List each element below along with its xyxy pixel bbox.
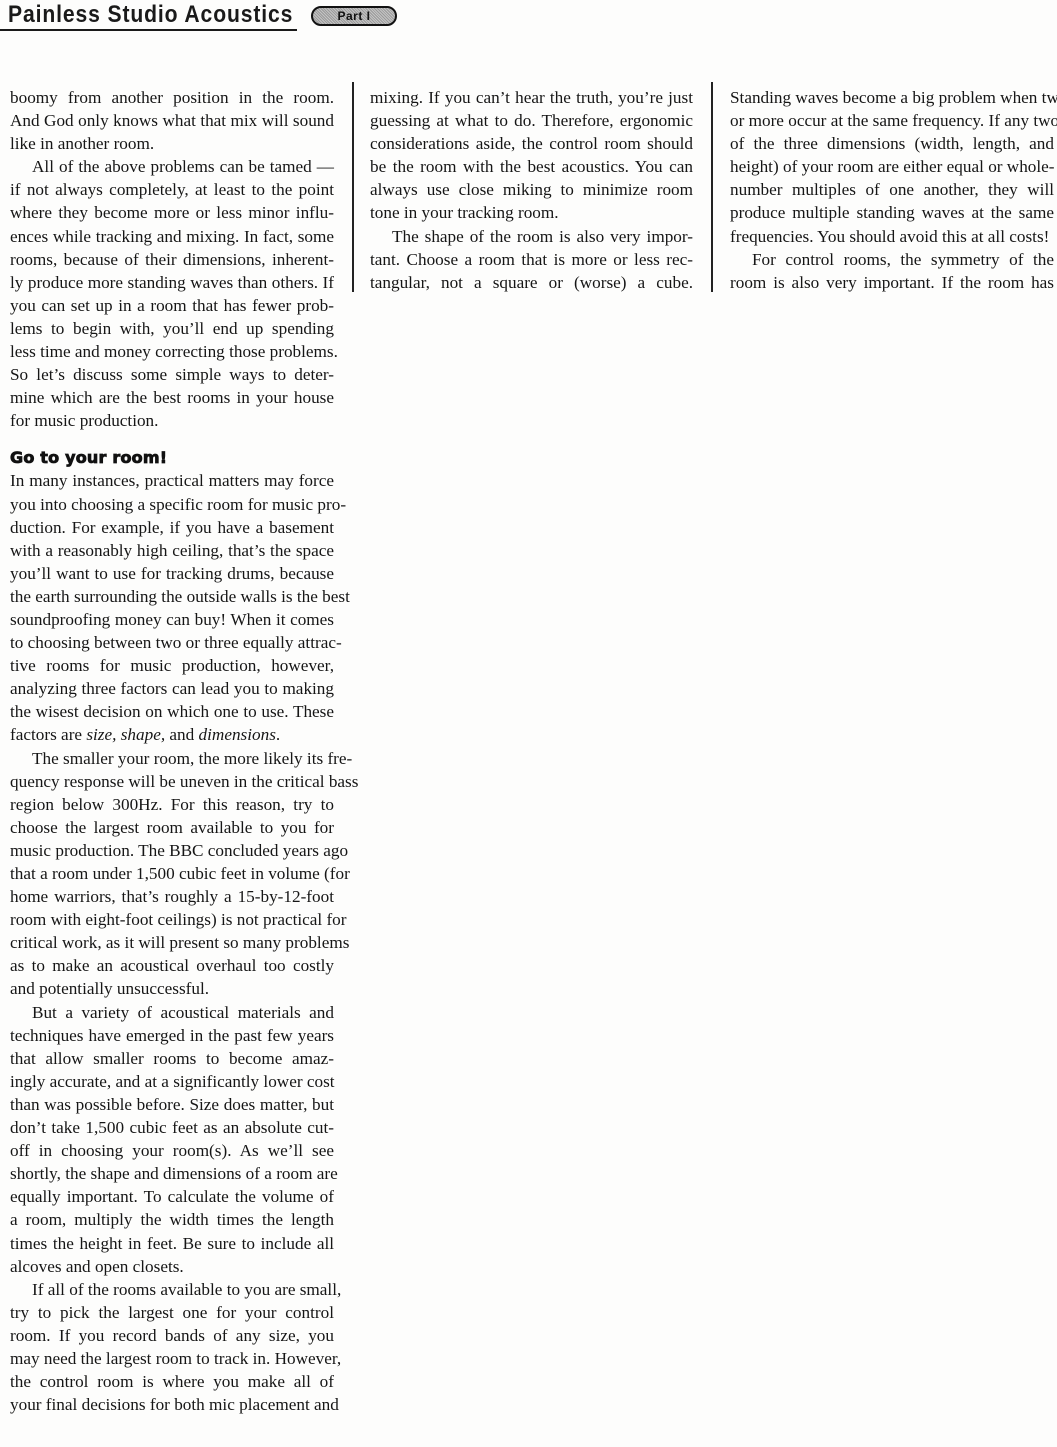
- text-line: room. If you record bands of any size, y…: [10, 1324, 334, 1347]
- text-line: and potentially unsuccessful.: [10, 977, 334, 1000]
- text-line: as to make an acoustical overhaul too co…: [10, 954, 334, 977]
- text-line: that a room under 1,500 cubic feet in vo…: [10, 862, 334, 885]
- text-line: may need the largest room to track in. H…: [10, 1347, 334, 1370]
- text-line: less time and money correcting those pro…: [10, 340, 334, 363]
- text-line: where they become more or less minor inf…: [10, 201, 334, 224]
- text-line: your final decisions for both mic placem…: [10, 1393, 334, 1416]
- paragraph: The smaller your room, the more likely i…: [10, 747, 334, 1001]
- text-column-3: Standing waves become a big problem when…: [730, 86, 1054, 294]
- text-line: times the height in feet. Be sure to inc…: [10, 1232, 334, 1255]
- text-line: the earth surrounding the outside walls …: [10, 585, 334, 608]
- text-line: the wisest decision on which one to use.…: [10, 700, 334, 723]
- text-line: In many instances, practical matters may…: [10, 469, 334, 492]
- text-line: frequencies. You should avoid this at al…: [730, 225, 1054, 248]
- page-header: Painless Studio Acoustics Part I: [0, 0, 420, 36]
- text-line: room with eight-foot ceilings) is not pr…: [10, 908, 334, 931]
- text-line: than was possible before. Size does matt…: [10, 1093, 334, 1116]
- text-line: alcoves and open closets.: [10, 1255, 334, 1278]
- paragraph: Standing waves become a big problem when…: [730, 86, 1054, 248]
- paragraph: All of the above problems can be tamed —…: [10, 155, 334, 432]
- text-line: So let’s discuss some simple ways to det…: [10, 363, 334, 386]
- text-span: .: [276, 725, 280, 744]
- paragraph: But a variety of acoustical materials an…: [10, 1001, 334, 1278]
- text-line: rooms, because of their dimensions, inhe…: [10, 248, 334, 271]
- text-line: don’t take 1,500 cubic feet as an absolu…: [10, 1116, 334, 1139]
- text-line: height) of your room are either equal or…: [730, 155, 1054, 178]
- text-line: quency response will be uneven in the cr…: [10, 770, 334, 793]
- text-line: ences while tracking and mixing. In fact…: [10, 225, 334, 248]
- text-line: lems to begin with, you’ll end up spendi…: [10, 317, 334, 340]
- emphasis-dimensions: dimensions: [199, 725, 276, 744]
- paragraph: mixing. If you can’t hear the truth, you…: [370, 86, 693, 225]
- text-line: For control rooms, the symmetry of the: [730, 248, 1054, 271]
- text-line: you can set up in a room that has fewer …: [10, 294, 334, 317]
- text-line: always use close miking to minimize room: [370, 178, 693, 201]
- text-line: mine which are the best rooms in your ho…: [10, 386, 334, 409]
- text-span: and: [165, 725, 198, 744]
- text-line: boomy from another position in the room.: [10, 86, 334, 109]
- text-line: choose the largest room available to you…: [10, 816, 334, 839]
- text-line: a room, multiply the width times the len…: [10, 1208, 334, 1231]
- text-line: room is also very important. If the room…: [730, 271, 1054, 294]
- text-line: All of the above problems can be tamed —: [10, 155, 334, 178]
- text-column-2: mixing. If you can’t hear the truth, you…: [370, 86, 693, 294]
- paragraph: In many instances, practical matters may…: [10, 469, 334, 746]
- text-line: of the three dimensions (width, length, …: [730, 132, 1054, 155]
- paragraph: For control rooms, the symmetry of the r…: [730, 248, 1054, 294]
- text-line: with a reasonably high ceiling, that’s t…: [10, 539, 334, 562]
- running-title: Painless Studio Acoustics: [8, 1, 293, 29]
- text-line: The smaller your room, the more likely i…: [10, 747, 334, 770]
- text-line: home warriors, that’s roughly a 15-by-12…: [10, 885, 334, 908]
- text-line: If all of the rooms available to you are…: [10, 1278, 334, 1301]
- title-underline: [0, 29, 297, 31]
- text-line: And God only knows what that mix will so…: [10, 109, 334, 132]
- text-line: Standing waves become a big problem when…: [730, 86, 1054, 109]
- text-line: equally important. To calculate the volu…: [10, 1185, 334, 1208]
- text-line: off in choosing your room(s). As we’ll s…: [10, 1139, 334, 1162]
- text-span: factors are: [10, 725, 86, 744]
- emphasis-size: size,: [86, 725, 116, 744]
- paragraph: If all of the rooms available to you are…: [10, 1278, 334, 1417]
- text-line: tant. Choose a room that is more or less…: [370, 248, 693, 271]
- text-line: soundproofing money can buy! When it com…: [10, 608, 334, 631]
- text-line: factors are size, shape, and dimensions.: [10, 723, 334, 746]
- section-heading: Go to your room!: [10, 446, 334, 469]
- text-line: critical work, as it will present so man…: [10, 931, 334, 954]
- text-line: you into choosing a specific room for mu…: [10, 493, 334, 516]
- text-line: for music production.: [10, 409, 334, 432]
- column-divider: [352, 82, 354, 292]
- text-line: tangular, not a square or (worse) a cube…: [370, 271, 693, 294]
- part-badge: Part I: [311, 6, 397, 26]
- text-line: the control room is where you make all o…: [10, 1370, 334, 1393]
- text-line: considerations aside, the control room s…: [370, 132, 693, 155]
- paragraph: The shape of the room is also very impor…: [370, 225, 693, 294]
- column-divider: [711, 82, 713, 292]
- text-line: ingly accurate, and at a significantly l…: [10, 1070, 334, 1093]
- text-line: try to pick the largest one for your con…: [10, 1301, 334, 1324]
- text-line: techniques have emerged in the past few …: [10, 1024, 334, 1047]
- text-line: be the room with the best acoustics. You…: [370, 155, 693, 178]
- paragraph: boomy from another position in the room.…: [10, 86, 334, 155]
- text-line: mixing. If you can’t hear the truth, you…: [370, 86, 693, 109]
- text-line: guessing at what to do. Therefore, ergon…: [370, 109, 693, 132]
- text-line: analyzing three factors can lead you to …: [10, 677, 334, 700]
- text-line: The shape of the room is also very impor…: [370, 225, 693, 248]
- text-line: produce multiple standing waves at the s…: [730, 201, 1054, 224]
- text-line: you’ll want to use for tracking drums, b…: [10, 562, 334, 585]
- text-line: tone in your tracking room.: [370, 201, 693, 224]
- text-line: or more occur at the same frequency. If …: [730, 109, 1054, 132]
- text-line: tive rooms for music production, however…: [10, 654, 334, 677]
- text-line: that allow smaller rooms to become amaz-: [10, 1047, 334, 1070]
- text-line: music production. The BBC concluded year…: [10, 839, 334, 862]
- text-line: ly produce more standing waves than othe…: [10, 271, 334, 294]
- emphasis-shape: shape,: [121, 725, 165, 744]
- text-line: to choosing between two or three equally…: [10, 631, 334, 654]
- text-line: like in another room.: [10, 132, 334, 155]
- text-line: But a variety of acoustical materials an…: [10, 1001, 334, 1024]
- text-line: shortly, the shape and dimensions of a r…: [10, 1162, 334, 1185]
- text-column-1: boomy from another position in the room.…: [10, 86, 334, 1416]
- text-line: number multiples of one another, they wi…: [730, 178, 1054, 201]
- text-line: duction. For example, if you have a base…: [10, 516, 334, 539]
- text-line: if not always completely, at least to th…: [10, 178, 334, 201]
- text-line: region below 300Hz. For this reason, try…: [10, 793, 334, 816]
